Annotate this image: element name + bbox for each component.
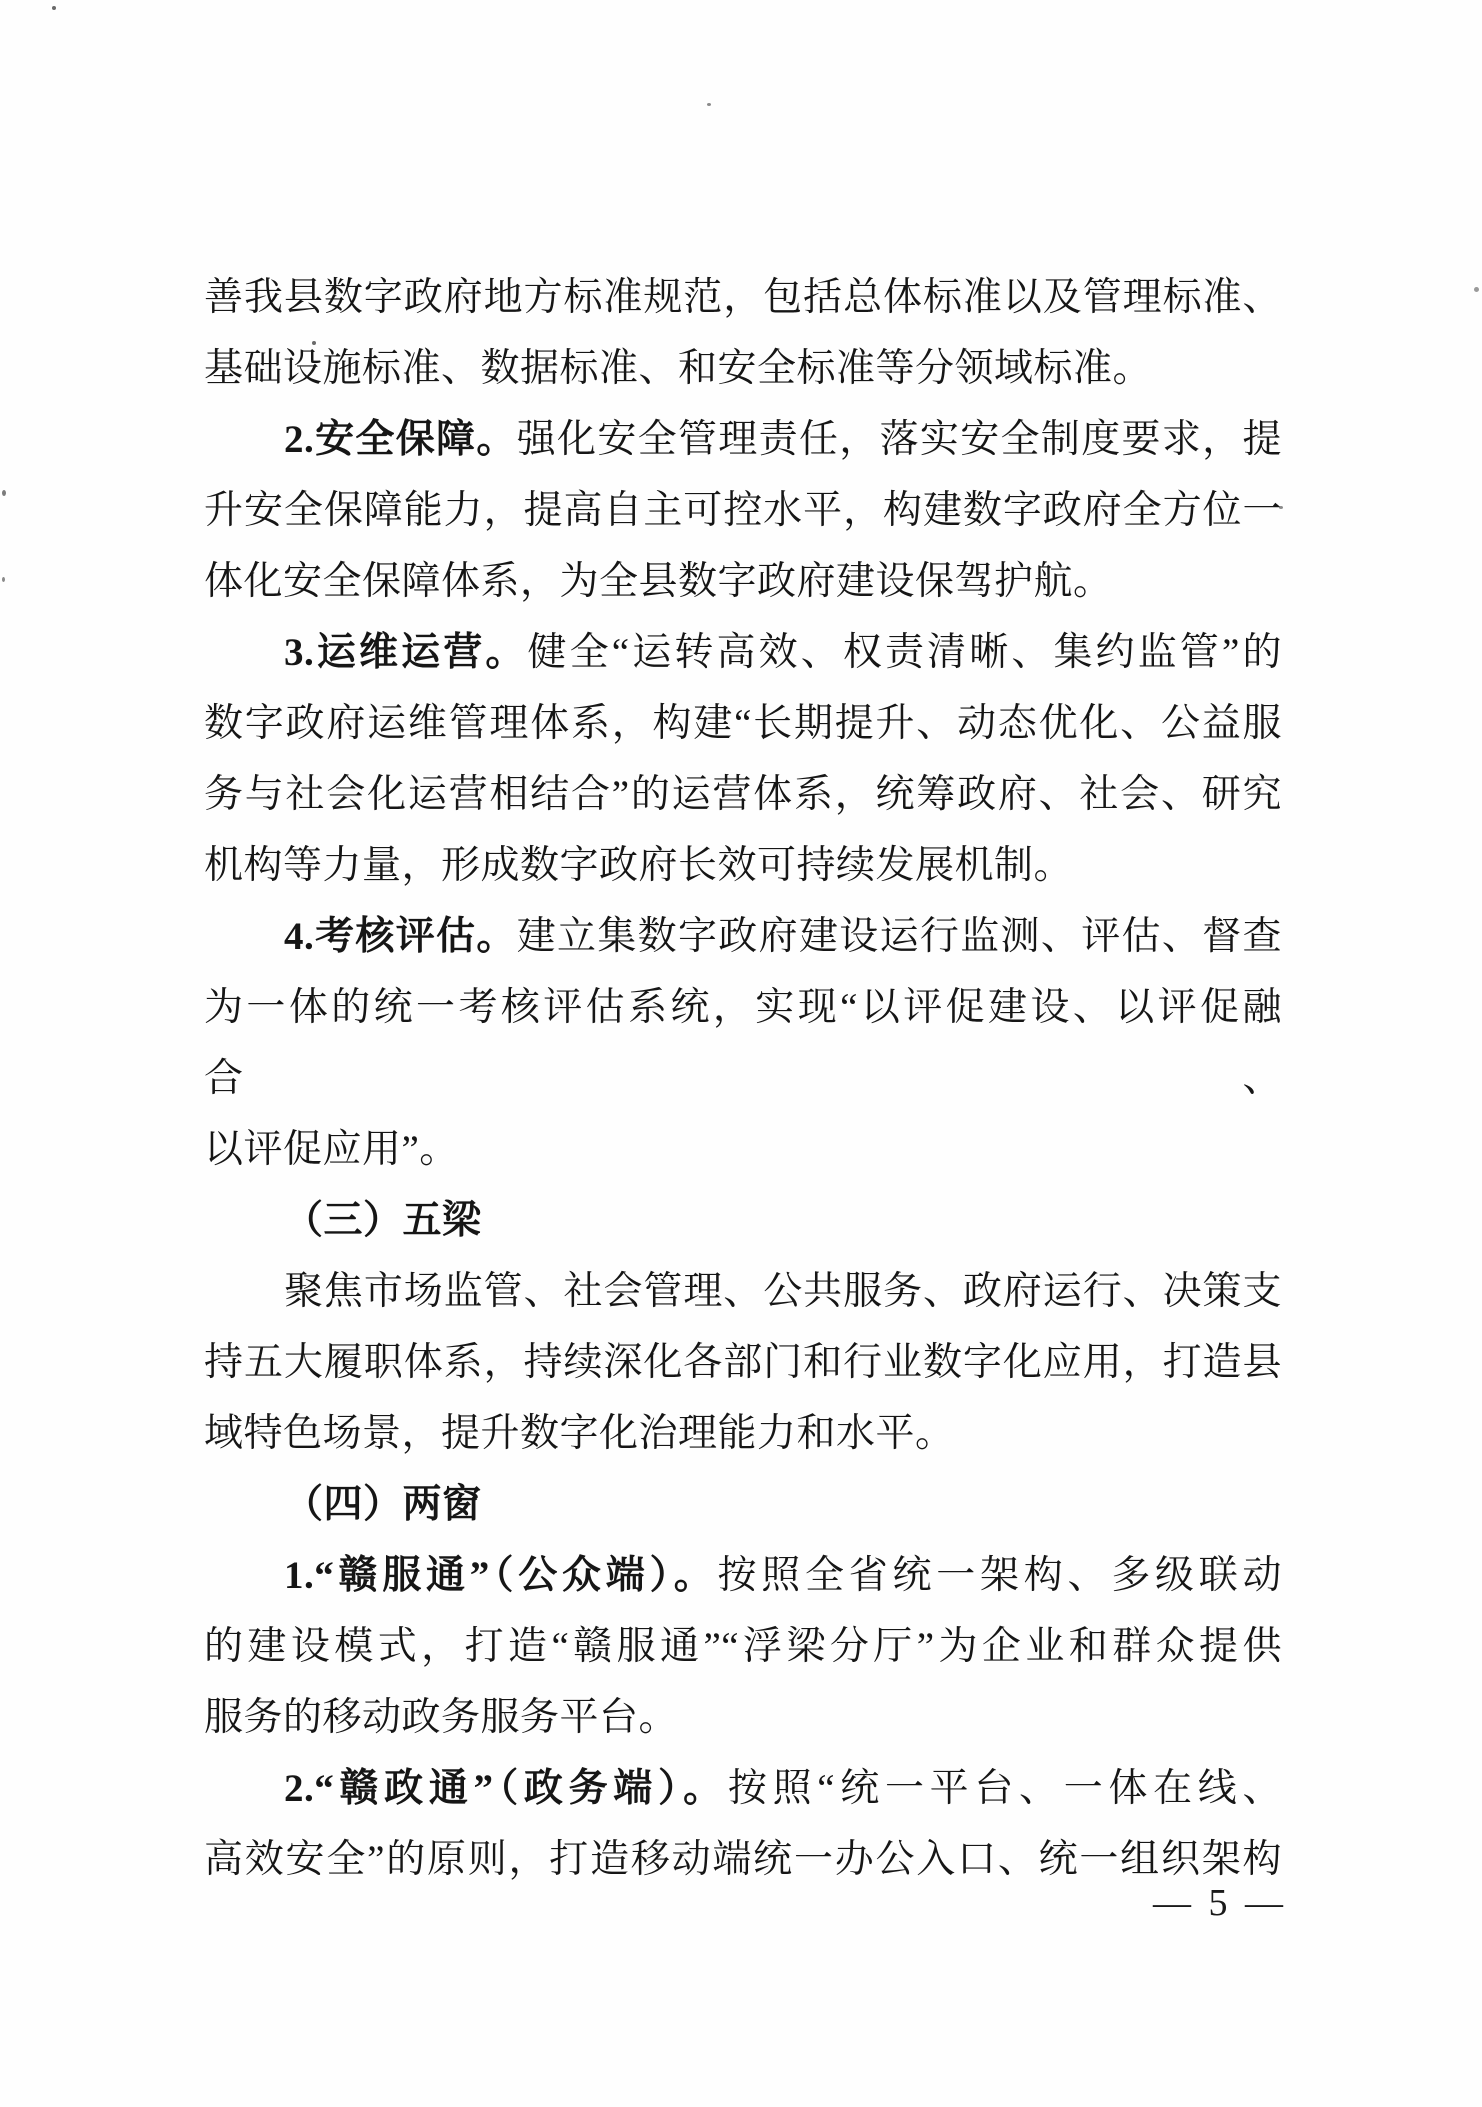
paragraph-text: 务与社会化运营相结合”的运营体系，统筹政府、社会、研究 (204, 773, 1282, 816)
paragraph-heading: （三）五梁 (284, 1199, 482, 1242)
text-line: 服务的移动政务服务平台。 (204, 1682, 1282, 1753)
paragraph-text: 建立集数字政府建设运行监测、评估、督查 (517, 915, 1282, 958)
text-line: 域特色场景，提升数字化治理能力和水平。 (204, 1398, 1282, 1469)
paragraph-text: 机构等力量，形成数字政府长效可持续发展机制。 (204, 844, 1073, 887)
paragraph-text: 持五大履职体系，持续深化各部门和行业数字化应用，打造县 (204, 1341, 1282, 1384)
paragraph-text: 以评促应用”。 (204, 1128, 459, 1171)
paragraph-text: 按照“统一平台、一体在线、 (728, 1767, 1282, 1810)
text-line: 以评促应用”。 (204, 1114, 1282, 1185)
paragraph-text: 为一体的统一考核评估系统，实现“以评促建设、以评促融合、 (204, 986, 1282, 1100)
page-number: — 5 — (1153, 1882, 1287, 1924)
paragraph-text: 强化安全管理责任，落实安全制度要求，提 (517, 418, 1282, 461)
paragraph-heading: （四）两窗 (284, 1483, 482, 1526)
paragraph-heading: 4.考核评估。 (284, 915, 517, 958)
paragraph-text: 域特色场景，提升数字化治理能力和水平。 (204, 1412, 955, 1455)
text-line: 体化安全保障体系，为全县数字政府建设保驾护航。 (204, 546, 1282, 617)
scan-speck (2, 577, 5, 582)
scan-speck (1474, 287, 1479, 292)
paragraph-heading: 2.“赣政通”（政务端）。 (284, 1767, 728, 1810)
text-line: 3.运维运营。健全“运转高效、权责清晰、集约监管”的 (204, 617, 1282, 688)
paragraph-text: 数字政府运维管理体系，构建“长期提升、动态优化、公益服 (204, 702, 1282, 745)
text-line: 数字政府运维管理体系，构建“长期提升、动态优化、公益服 (204, 688, 1282, 759)
text-line: 的建设模式，打造“赣服通”“浮梁分厅”为企业和群众提供 (204, 1611, 1282, 1682)
text-line: 务与社会化运营相结合”的运营体系，统筹政府、社会、研究 (204, 759, 1282, 830)
scan-speck (707, 103, 711, 106)
paragraph-heading: 3.运维运营。 (284, 631, 528, 674)
paragraph-text: 体化安全保障体系，为全县数字政府建设保驾护航。 (204, 560, 1113, 603)
text-line: 4.考核评估。建立集数字政府建设运行监测、评估、督查 (204, 901, 1282, 972)
paragraph-text: 基础设施标准、数据标准、和安全标准等分领域标准。 (204, 347, 1152, 390)
paragraph-heading: 1.“赣服通”（公众端）。 (284, 1554, 718, 1597)
text-line: 机构等力量，形成数字政府长效可持续发展机制。 (204, 830, 1282, 901)
paragraph-text: 的建设模式，打造“赣服通”“浮梁分厅”为企业和群众提供 (204, 1625, 1282, 1668)
text-line: 升安全保障能力，提高自主可控水平，构建数字政府全方位一 (204, 475, 1282, 546)
text-line: 为一体的统一考核评估系统，实现“以评促建设、以评促融合、 (204, 972, 1282, 1114)
paragraph-text: 善我县数字政府地方标准规范，包括总体标准以及管理标准、 (204, 276, 1282, 319)
text-line: （三）五梁 (204, 1185, 1282, 1256)
paragraph-text: 升安全保障能力，提高自主可控水平，构建数字政府全方位一 (204, 489, 1282, 532)
text-line: 高效安全”的原则，打造移动端统一办公入口、统一组织架构 (204, 1824, 1282, 1895)
text-line: 聚焦市场监管、社会管理、公共服务、政府运行、决策支 (204, 1256, 1282, 1327)
paragraph-text: 服务的移动政务服务平台。 (204, 1696, 678, 1739)
text-line: 持五大履职体系，持续深化各部门和行业数字化应用，打造县 (204, 1327, 1282, 1398)
text-line: 善我县数字政府地方标准规范，包括总体标准以及管理标准、 (204, 262, 1282, 333)
paragraph-text: 高效安全”的原则，打造移动端统一办公入口、统一组织架构 (204, 1838, 1282, 1881)
text-line: 2.安全保障。强化安全管理责任，落实安全制度要求，提 (204, 404, 1282, 475)
document-body: 善我县数字政府地方标准规范，包括总体标准以及管理标准、基础设施标准、数据标准、和… (204, 262, 1282, 1895)
text-line: 基础设施标准、数据标准、和安全标准等分领域标准。 (204, 333, 1282, 404)
document-page: 善我县数字政府地方标准规范，包括总体标准以及管理标准、基础设施标准、数据标准、和… (0, 0, 1482, 2107)
text-line: （四）两窗 (204, 1469, 1282, 1540)
paragraph-text: 按照全省统一架构、多级联动 (718, 1554, 1282, 1597)
scan-speck (2, 490, 6, 496)
paragraph-heading: 2.安全保障。 (284, 418, 517, 461)
text-line: 2.“赣政通”（政务端）。按照“统一平台、一体在线、 (204, 1753, 1282, 1824)
scan-speck (52, 6, 56, 10)
text-line: 1.“赣服通”（公众端）。按照全省统一架构、多级联动 (204, 1540, 1282, 1611)
paragraph-text: 健全“运转高效、权责清晰、集约监管”的 (528, 631, 1282, 674)
paragraph-text: 聚焦市场监管、社会管理、公共服务、政府运行、决策支 (284, 1270, 1282, 1313)
